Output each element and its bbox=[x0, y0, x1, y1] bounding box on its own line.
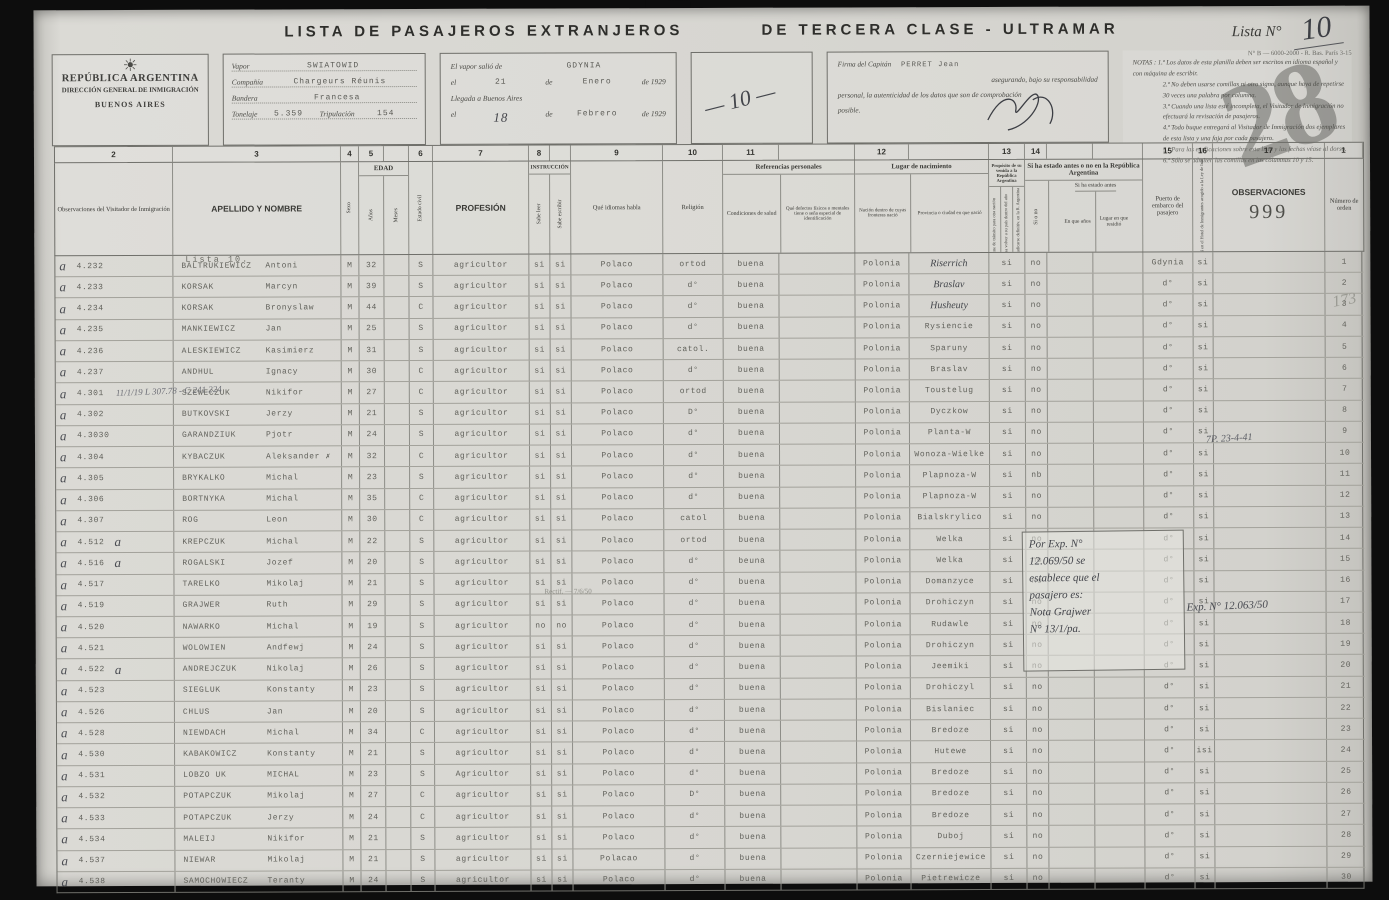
cell-puerto: d° bbox=[1145, 868, 1195, 888]
cell-observaciones bbox=[1214, 316, 1326, 337]
cell-proposito: si bbox=[991, 805, 1027, 825]
cell-lugar-residio bbox=[1094, 422, 1144, 442]
cell-name: NAWARKOMichal bbox=[175, 616, 343, 637]
cell-defectos bbox=[781, 784, 857, 804]
cell-profesion: agricultor bbox=[434, 509, 530, 530]
cell-name: TARELKOMikolaj bbox=[174, 574, 342, 595]
firma-label: Firma del Capitán bbox=[838, 60, 892, 68]
cell-hotel: si bbox=[1195, 804, 1215, 824]
cell-estado-antes-si-no: no bbox=[1027, 869, 1049, 889]
cell-meses bbox=[386, 616, 411, 636]
cell-puerto: d° bbox=[1145, 741, 1195, 761]
column-number: 13 bbox=[989, 144, 1025, 159]
visitador-mark: a bbox=[60, 322, 67, 338]
cell-anos: 24 bbox=[361, 871, 386, 891]
cell-estado-antes-si-no: no bbox=[1026, 444, 1048, 464]
cell-salud: buena bbox=[725, 870, 781, 890]
cell-puerto: d° bbox=[1144, 422, 1194, 442]
cell-proposito: si bbox=[989, 295, 1025, 315]
cell-nacion: Polonia bbox=[857, 657, 911, 677]
given-name: Aleksander ✗ bbox=[266, 452, 331, 462]
cell-visitador-obs: a4.302 bbox=[56, 404, 174, 425]
cell-sabe-escribir: si bbox=[552, 700, 573, 720]
cell-puerto: d° bbox=[1144, 358, 1194, 378]
header-instruccion-group: INSTRUCCIÓN Sabe leer Sabe escribir bbox=[529, 161, 571, 253]
cell-sabe-escribir: si bbox=[551, 552, 572, 572]
cell-defectos bbox=[780, 466, 856, 486]
cell-en-que-anos bbox=[1048, 423, 1094, 443]
cell-numero-orden: 28 bbox=[1327, 825, 1365, 845]
passenger-id: 4.533 bbox=[78, 814, 105, 823]
cell-defectos bbox=[780, 445, 856, 465]
cell-profesion: agricultor bbox=[435, 701, 531, 722]
column-number: 8 bbox=[529, 146, 550, 161]
cell-en-que-anos bbox=[1049, 720, 1095, 740]
cell-defectos bbox=[781, 721, 857, 741]
cell-estado-civil: C bbox=[411, 722, 435, 742]
header-sabe-escribir: Sabe escribir bbox=[550, 174, 570, 253]
cell-visitador-obs: a4.234 bbox=[55, 298, 173, 319]
cell-estado-civil: S bbox=[411, 637, 435, 657]
cell-estado-antes-si-no: no bbox=[1025, 253, 1047, 273]
header-obs-visitador: Observaciones del Visitador de Inmigraci… bbox=[55, 163, 173, 255]
cell-provincia: Pietrewicze bbox=[911, 869, 991, 890]
cell-idiomas: Polaco bbox=[573, 806, 665, 827]
cell-estado-civil: S bbox=[410, 425, 434, 445]
cell-profesion: agricultor bbox=[433, 276, 529, 297]
cell-numero-orden: 17 bbox=[1327, 591, 1365, 611]
cell-lugar-residio bbox=[1094, 444, 1144, 464]
cell-sabe-escribir: si bbox=[551, 488, 572, 508]
cell-estado-civil: S bbox=[411, 658, 435, 678]
salio-label: El vapor salió de bbox=[451, 62, 502, 71]
visitador-mark: a bbox=[60, 449, 67, 465]
cell-salud: buena bbox=[725, 806, 781, 826]
cell-visitador-obs: a4.236 bbox=[56, 341, 174, 362]
cell-nacion: Polonia bbox=[856, 359, 910, 379]
passenger-id: 4.526 bbox=[78, 708, 105, 717]
cell-numero-orden: 1 bbox=[1325, 252, 1363, 272]
cell-sexo: M bbox=[342, 446, 360, 466]
cell-meses bbox=[385, 340, 410, 360]
cell-observaciones bbox=[1215, 868, 1327, 889]
cell-visitador-obs: a4.306 bbox=[56, 489, 174, 510]
cell-anos: 32 bbox=[359, 255, 384, 275]
given-name: Leon bbox=[266, 516, 288, 525]
cell-provincia: Dyczkow bbox=[910, 402, 990, 423]
cell-profesion: agricultor bbox=[435, 785, 531, 806]
cell-sabe-escribir: si bbox=[552, 637, 573, 657]
mes-llegada: Febrero bbox=[553, 109, 642, 125]
cell-sabe-leer: si bbox=[531, 849, 552, 869]
cell-observaciones bbox=[1215, 698, 1327, 719]
surname: MALEIJ bbox=[183, 835, 215, 844]
cell-anos: 30 bbox=[360, 510, 385, 530]
expediente-note-line: Nota Grajwer bbox=[1030, 603, 1178, 622]
header-sexo: Sexo bbox=[341, 162, 359, 254]
cell-proposito: si bbox=[991, 826, 1027, 846]
given-name: Ignacy bbox=[266, 367, 298, 376]
cell-salud: buena bbox=[724, 572, 780, 592]
cell-estado-civil: S bbox=[410, 467, 434, 487]
passenger-id: 4.532 bbox=[78, 793, 105, 802]
surname: KORSAK bbox=[181, 283, 213, 292]
cell-profesion: agricultor bbox=[434, 318, 530, 339]
cell-hotel: si bbox=[1194, 507, 1214, 527]
cell-sexo: M bbox=[343, 659, 361, 679]
cell-nacion: Polonia bbox=[857, 784, 911, 804]
visitador-mark: a bbox=[60, 513, 67, 529]
cell-religion: d° bbox=[665, 721, 725, 741]
cell-observaciones bbox=[1215, 655, 1327, 676]
cell-observaciones bbox=[1214, 528, 1326, 549]
cell-salud: buena bbox=[724, 402, 780, 422]
cell-name: KABAKOWICZKonstanty bbox=[175, 744, 343, 765]
cell-meses bbox=[386, 658, 411, 678]
cell-meses bbox=[385, 552, 410, 572]
cell-puerto: d° bbox=[1144, 380, 1194, 400]
cell-en-que-anos bbox=[1048, 444, 1094, 464]
visitador-mark: a bbox=[59, 258, 66, 274]
cell-idiomas: Polaco bbox=[573, 658, 665, 679]
cell-anos: 27 bbox=[361, 786, 386, 806]
passenger-table: 2345678910111213141516171 Observaciones … bbox=[54, 142, 1365, 883]
column-number: 5 bbox=[359, 146, 384, 161]
header-meses: Meses bbox=[384, 176, 408, 254]
cell-provincia: Hutewe bbox=[911, 741, 991, 762]
column-number: 12 bbox=[855, 144, 909, 159]
column-number bbox=[779, 144, 855, 159]
cell-visitador-obs: a4.304 bbox=[56, 447, 174, 468]
cell-meses bbox=[386, 680, 411, 700]
cell-sabe-escribir: si bbox=[552, 849, 573, 869]
cell-numero-orden: 2 bbox=[1325, 273, 1363, 293]
cell-numero-orden: 7 bbox=[1326, 379, 1364, 399]
row17-pencil-note: Rectif. — 7/6/50 bbox=[544, 587, 591, 595]
cell-puerto: d° bbox=[1145, 804, 1195, 824]
visitador-mark: a bbox=[61, 768, 68, 784]
cell-nacion: Polonia bbox=[857, 699, 911, 719]
cell-estado-antes-si-no: no bbox=[1026, 338, 1048, 358]
cell-estado-civil: S bbox=[411, 743, 435, 763]
cell-numero-orden: 13 bbox=[1326, 507, 1364, 527]
cell-meses bbox=[385, 446, 410, 466]
surname: TARELKO bbox=[182, 580, 220, 589]
surname: GARANDZIUK bbox=[182, 431, 236, 440]
cell-proposito: si bbox=[990, 338, 1026, 358]
cell-sabe-escribir: si bbox=[551, 531, 572, 551]
cell-sabe-escribir: si bbox=[550, 297, 571, 317]
passenger-id: 4.236 bbox=[77, 347, 104, 356]
surname: KREPCZUK bbox=[182, 537, 225, 546]
cell-provincia: Drohiczyn bbox=[911, 593, 991, 614]
cell-observaciones bbox=[1214, 507, 1326, 528]
passenger-id: 4.516 bbox=[78, 559, 105, 568]
cell-provincia: Bredoze bbox=[911, 763, 991, 784]
cell-puerto: d° bbox=[1144, 401, 1194, 421]
cell-estado-antes-si-no: no bbox=[1027, 847, 1049, 867]
cell-salud: buena bbox=[725, 700, 781, 720]
header-boxes: ☀ REPÚBLICA ARGENTINA DIRECCIÓN GENERAL … bbox=[52, 50, 1352, 147]
handwritten-cell: — 10 — bbox=[691, 52, 813, 144]
captain-name: PERRET Jean bbox=[901, 61, 959, 69]
cell-defectos bbox=[781, 657, 857, 677]
cell-hotel: si bbox=[1195, 826, 1215, 846]
cell-en-que-anos bbox=[1049, 699, 1095, 719]
cell-anos: 25 bbox=[360, 319, 385, 339]
cell-nacion: Polonia bbox=[857, 593, 911, 613]
cell-en-que-anos bbox=[1048, 401, 1094, 421]
surname: ALESKIEWICZ bbox=[182, 346, 241, 355]
cell-idiomas: Polaco bbox=[573, 785, 665, 806]
cell-estado-antes-si-no: no bbox=[1026, 359, 1048, 379]
cell-puerto: d° bbox=[1145, 847, 1195, 867]
cell-provincia: Rysiencie bbox=[910, 317, 990, 338]
cell-sabe-escribir: si bbox=[551, 446, 572, 466]
cell-religion: d° bbox=[665, 806, 725, 826]
cell-provincia: Plapnoza-W bbox=[910, 465, 990, 486]
handwritten-10: — 10 — bbox=[702, 78, 778, 121]
cell-salud: buena bbox=[725, 763, 781, 783]
cell-anos: 24 bbox=[361, 637, 386, 657]
cell-sabe-leer: si bbox=[530, 509, 551, 529]
passenger-id: 4.523 bbox=[78, 686, 105, 695]
cell-en-que-anos bbox=[1049, 826, 1095, 846]
column-number: 10 bbox=[663, 145, 723, 160]
cell-idiomas: Polaco bbox=[571, 275, 663, 296]
cell-name: ALESKIEWICZKasimierz bbox=[174, 340, 342, 361]
cell-lugar-residio bbox=[1094, 316, 1144, 336]
cell-anos: 32 bbox=[360, 446, 385, 466]
cell-nacion: Polonia bbox=[856, 402, 910, 422]
cell-nacion: Polonia bbox=[857, 848, 911, 868]
surname: SAMOCHOWIECZ bbox=[184, 877, 249, 886]
cell-hotel: si bbox=[1194, 486, 1214, 506]
cell-observaciones bbox=[1215, 846, 1327, 867]
cell-visitador-obs: a4.531 bbox=[57, 765, 175, 786]
given-name: Mikolaj bbox=[266, 580, 304, 589]
cell-defectos bbox=[779, 296, 855, 316]
cell-puerto: d° bbox=[1144, 443, 1194, 463]
cell-nacion: Polonia bbox=[857, 720, 911, 740]
given-name: Nikifor bbox=[266, 388, 304, 397]
cell-visitador-obs: a4.233 bbox=[55, 277, 173, 298]
cell-nacion: Polonia bbox=[856, 529, 910, 549]
cell-idiomas: Polacao bbox=[573, 849, 665, 870]
surname: NIEWDACH bbox=[183, 728, 226, 737]
header-observaciones: OBSERVACIONES 999 bbox=[1213, 159, 1325, 251]
cell-salud: buena bbox=[723, 275, 779, 295]
cell-estado-civil: S bbox=[410, 340, 434, 360]
passenger-id: 4.531 bbox=[78, 771, 105, 780]
cell-sexo: M bbox=[343, 701, 361, 721]
cell-proposito: si bbox=[991, 614, 1027, 634]
cell-en-que-anos bbox=[1049, 783, 1095, 803]
surname: WOLOWIEN bbox=[183, 643, 226, 652]
cell-numero-orden: 19 bbox=[1327, 634, 1365, 654]
cell-visitador-obs: a4.305 bbox=[56, 468, 174, 489]
cell-salud: buena bbox=[723, 254, 779, 274]
cell-idiomas: Polaco bbox=[572, 445, 664, 466]
cell-lugar-residio bbox=[1095, 783, 1145, 803]
cell-hotel: si bbox=[1195, 847, 1215, 867]
cell-profesion: agricultor bbox=[434, 361, 530, 382]
cell-puerto: d° bbox=[1145, 826, 1195, 846]
cell-proposito: si bbox=[990, 465, 1026, 485]
cell-observaciones bbox=[1215, 677, 1327, 698]
cell-salud: buena bbox=[725, 848, 781, 868]
cell-sabe-leer: si bbox=[530, 446, 551, 466]
cell-sexo: M bbox=[343, 829, 361, 849]
cell-religion: d° bbox=[665, 700, 725, 720]
cell-religion: d° bbox=[664, 424, 724, 444]
cell-proposito: si bbox=[991, 784, 1027, 804]
visitador-mark: a bbox=[60, 407, 67, 423]
column-number: 17 bbox=[1213, 143, 1325, 158]
cell-puerto: d° bbox=[1145, 698, 1195, 718]
expediente-note-line: 12.069/50 se bbox=[1029, 552, 1177, 571]
cell-numero-orden: 25 bbox=[1327, 761, 1365, 781]
cell-estado-civil: S bbox=[411, 849, 435, 869]
cell-visitador-obs: a4.523 bbox=[57, 681, 175, 702]
passenger-id: 4.521 bbox=[78, 644, 105, 653]
cell-sexo: M bbox=[341, 276, 359, 296]
header-numero: Número de orden bbox=[1325, 159, 1363, 251]
cell-sabe-leer: si bbox=[530, 531, 551, 551]
cell-sabe-leer: si bbox=[530, 403, 551, 423]
compania-value: Chargeurs Réunis bbox=[263, 77, 417, 87]
cell-visitador-obs: a4.522a bbox=[57, 659, 175, 680]
cell-sexo: M bbox=[342, 510, 360, 530]
surname: KORSAK bbox=[182, 304, 214, 313]
cell-idiomas: Polaco bbox=[571, 297, 663, 318]
cell-sabe-leer: no bbox=[531, 616, 552, 636]
cell-estado-civil: S bbox=[410, 404, 434, 424]
cell-hotel: si bbox=[1195, 698, 1215, 718]
column-number: 16 bbox=[1193, 143, 1213, 158]
cell-proposito: si bbox=[989, 253, 1025, 273]
visitador-mark: a bbox=[61, 747, 68, 763]
cell-sexo: M bbox=[343, 765, 361, 785]
cell-profesion: agricultor bbox=[434, 467, 530, 488]
cell-provincia: Braslav bbox=[910, 359, 990, 380]
cell-sabe-escribir: si bbox=[552, 658, 573, 678]
surname: NAWARKO bbox=[183, 622, 221, 631]
cell-nacion: Polonia bbox=[856, 487, 910, 507]
given-name: Bronyslaw bbox=[266, 303, 315, 312]
cell-visitador-obs: a4.307 bbox=[56, 511, 174, 532]
expediente-note-line: Por Exp. N° bbox=[1029, 535, 1177, 554]
cell-defectos bbox=[780, 572, 856, 592]
cell-visitador-obs: a4.537 bbox=[57, 850, 175, 871]
cell-hotel: si bbox=[1194, 316, 1214, 336]
cell-puerto: Gdynia bbox=[1143, 252, 1193, 272]
cell-salud: buena bbox=[724, 509, 780, 529]
cell-sabe-leer: si bbox=[530, 339, 551, 359]
visitador-mark: a bbox=[61, 832, 68, 848]
visitador-mark: a bbox=[60, 471, 67, 487]
cell-provincia: Toustelug bbox=[910, 380, 990, 401]
cell-numero-orden: 6 bbox=[1326, 358, 1364, 378]
cell-en-que-anos bbox=[1049, 741, 1095, 761]
cell-idiomas: Polaco bbox=[573, 827, 665, 848]
cell-profesion: agricultor bbox=[435, 870, 531, 891]
cell-religion: d° bbox=[665, 848, 725, 868]
cell-religion: d° bbox=[665, 679, 725, 699]
cell-observaciones bbox=[1215, 761, 1327, 782]
cell-lugar-residio bbox=[1095, 762, 1145, 782]
cell-provincia: Duboj bbox=[911, 826, 991, 847]
cell-estado-antes-si-no: no bbox=[1026, 508, 1048, 528]
cell-religion: d° bbox=[664, 488, 724, 508]
vapor-label: Vapor bbox=[232, 62, 250, 71]
cell-visitador-obs: a4.528 bbox=[57, 723, 175, 744]
cell-salud: buena bbox=[725, 785, 781, 805]
cell-estado-civil: S bbox=[410, 531, 434, 551]
header-referencias-group: Referencias personales Condiciones de sa… bbox=[723, 160, 855, 252]
header-p13b: Si piensa volver a su país dentro del añ… bbox=[1001, 187, 1013, 252]
cell-estado-antes-si-no: no bbox=[1027, 762, 1049, 782]
cell-religion: ortod bbox=[663, 254, 723, 274]
given-name: Pjotr bbox=[266, 431, 293, 440]
surname: BUTKOVSKI bbox=[182, 410, 231, 419]
cell-religion: d° bbox=[664, 551, 724, 571]
surname: GRAJWER bbox=[183, 601, 221, 610]
cell-lugar-residio bbox=[1095, 741, 1145, 761]
passenger-id: 4.302 bbox=[77, 410, 104, 419]
cell-sabe-escribir: si bbox=[552, 807, 573, 827]
cell-profesion: agricultor bbox=[435, 679, 531, 700]
cell-salud: buena bbox=[724, 466, 780, 486]
de-label: de bbox=[545, 78, 552, 87]
cell-name: MALEIJNikifor bbox=[175, 829, 343, 850]
cell-proposito: si bbox=[990, 508, 1026, 528]
cell-salud: buena bbox=[724, 445, 780, 465]
page-title: LISTA DE PASAJEROS EXTRANJEROS DE TERCER… bbox=[34, 20, 1370, 42]
passenger-id: 4.304 bbox=[77, 453, 104, 462]
visitador-mark: a bbox=[61, 874, 68, 890]
cell-observaciones bbox=[1214, 464, 1326, 485]
cell-anos: 27 bbox=[360, 383, 385, 403]
cell-visitador-obs: a4.519 bbox=[57, 596, 175, 617]
given-name: Jan bbox=[266, 325, 282, 334]
given-name: Konstanty bbox=[267, 686, 316, 695]
cell-visitador-obs: a4.521 bbox=[57, 638, 175, 659]
header-hotel: Si alojará en el Hotel de Inmigrantes ac… bbox=[1193, 159, 1213, 251]
visitador-mark: a bbox=[61, 662, 68, 678]
cell-profesion: agricultor bbox=[434, 382, 530, 403]
cell-defectos bbox=[780, 423, 856, 443]
cell-defectos bbox=[780, 317, 856, 337]
cell-sabe-leer: si bbox=[530, 318, 551, 338]
cell-profesion: agricultor bbox=[435, 594, 531, 615]
captain-box: Firma del Capitán PERRET Jean asegurando… bbox=[827, 51, 1109, 144]
cell-observaciones bbox=[1215, 740, 1327, 761]
surname: KYBACZUK bbox=[182, 452, 225, 461]
header-estado-civil: Estado civil bbox=[409, 162, 433, 254]
cell-religion: d° bbox=[665, 657, 725, 677]
cell-name: KREPCZUKMichal bbox=[174, 531, 342, 552]
cell-sexo: M bbox=[343, 637, 361, 657]
cell-idiomas: Polaco bbox=[572, 382, 664, 403]
cell-provincia: Domanzyce bbox=[910, 572, 990, 593]
cell-sabe-escribir: si bbox=[551, 339, 572, 359]
cell-profesion: agricultor bbox=[433, 255, 529, 276]
cell-idiomas: Polaco bbox=[572, 424, 664, 445]
cell-meses bbox=[386, 871, 411, 891]
cell-sabe-leer: si bbox=[529, 276, 550, 296]
surname: ROGALSKI bbox=[182, 559, 225, 568]
